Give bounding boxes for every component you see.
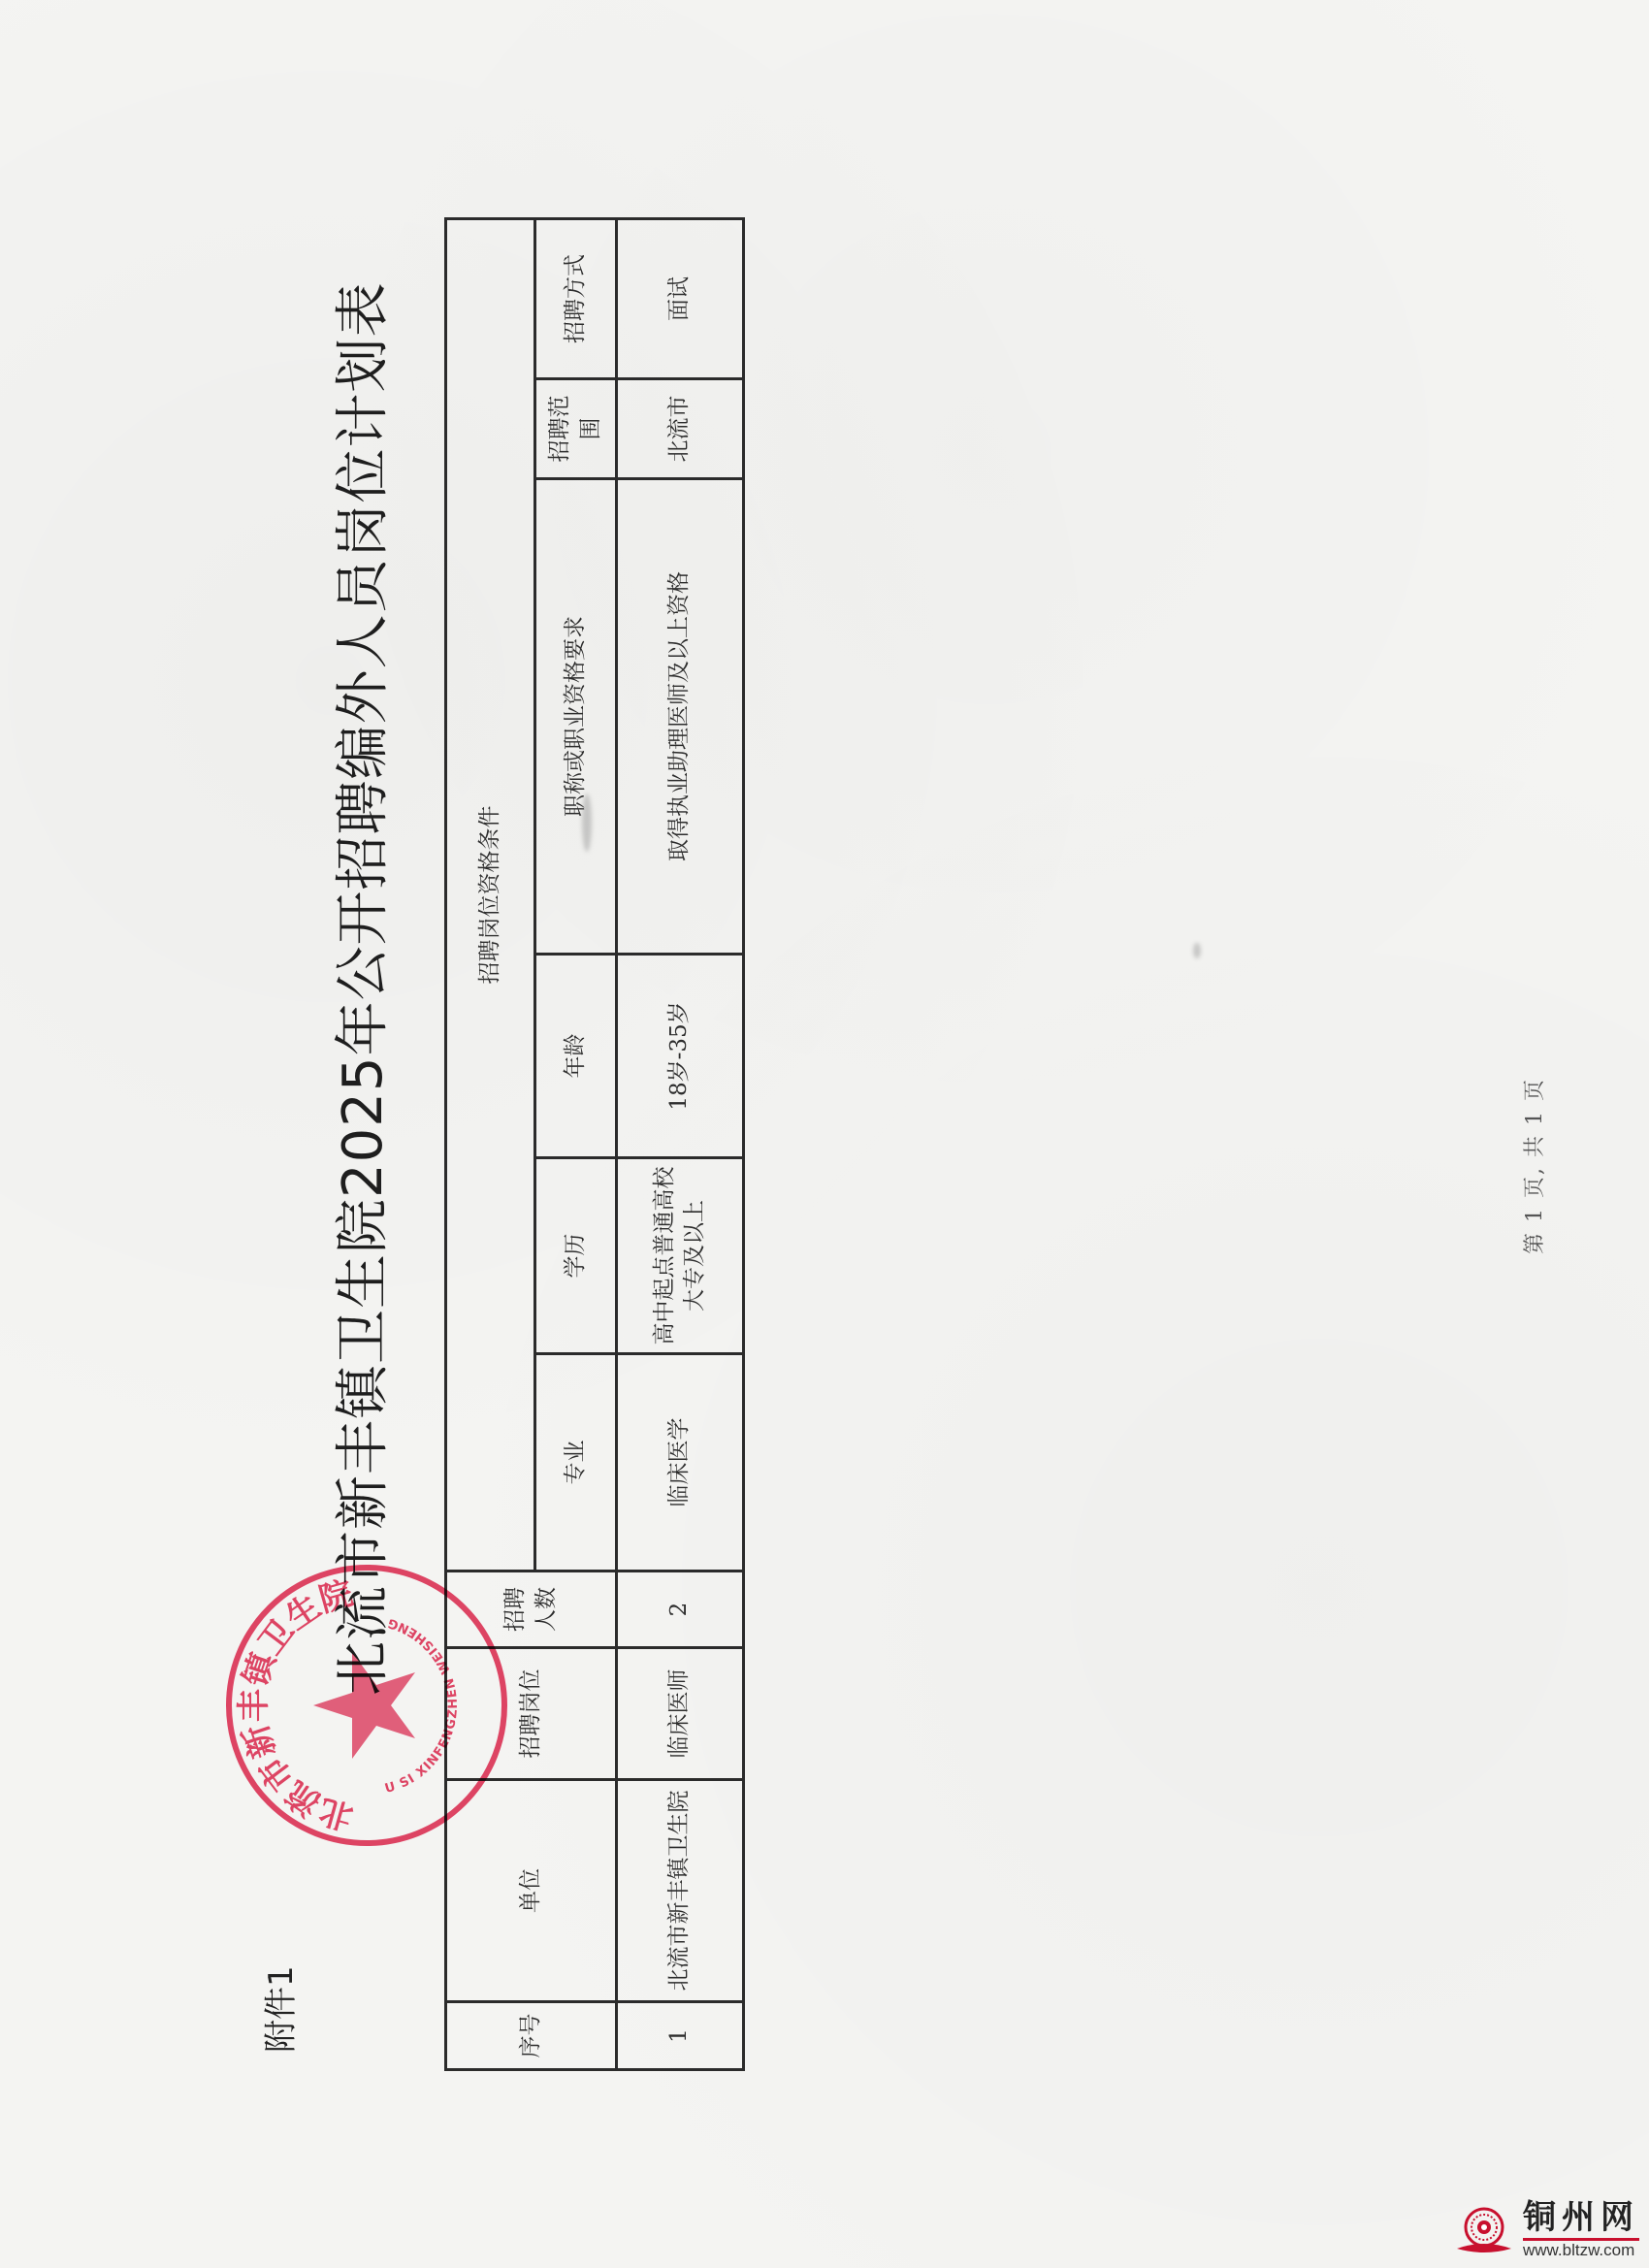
header-row-1: 序号 单位 招聘岗位 招聘人数 招聘岗位资格条件 — [446, 219, 535, 2070]
page-number: 第 1 页, 共 1 页 — [1518, 1078, 1548, 1254]
header-scope: 招聘范围 — [535, 379, 617, 479]
header-position: 招聘岗位 — [446, 1648, 617, 1780]
header-seq: 序号 — [446, 2002, 617, 2070]
scan-smudge — [582, 794, 592, 852]
header-age: 年龄 — [535, 955, 617, 1158]
header-unit: 单位 — [446, 1780, 617, 2002]
attachment-label: 附件1 — [254, 1965, 302, 2053]
page-title: 北流市新丰镇卫生院2025年公开招聘编外人员岗位计划表 — [320, 281, 398, 1696]
header-title-requirement: 职称或职业资格要求 — [535, 479, 617, 955]
header-qualification-group: 招聘岗位资格条件 — [446, 219, 535, 1571]
scan-smudge — [1193, 943, 1201, 958]
cell-position: 临床医师 — [617, 1648, 744, 1780]
watermark-url: www.bltzw.com — [1523, 2241, 1634, 2260]
header-method: 招聘方式 — [535, 219, 617, 379]
header-count: 招聘人数 — [446, 1571, 617, 1648]
recruitment-plan-table: 序号 单位 招聘岗位 招聘人数 招聘岗位资格条件 专业 学历 年龄 职称或职业资… — [444, 217, 745, 2071]
cell-seq: 1 — [617, 2002, 744, 2070]
cell-education: 高中起点普通高校大专及以上 — [617, 1158, 744, 1354]
bronze-drum-logo-icon — [1455, 2206, 1513, 2256]
cell-method: 面试 — [617, 219, 744, 379]
cell-unit: 北流市新丰镇卫生院 — [617, 1780, 744, 2002]
cell-age: 18岁-35岁 — [617, 955, 744, 1158]
table-row: 1 北流市新丰镇卫生院 临床医师 2 临床医学 高中起点普通高校大专及以上 18… — [617, 219, 744, 2070]
cell-scope: 北流市 — [617, 379, 744, 479]
cell-major: 临床医学 — [617, 1354, 744, 1571]
cell-title-requirement: 取得执业助理医师及以上资格 — [617, 479, 744, 955]
site-watermark: 铜州网 www.bltzw.com — [1455, 2201, 1639, 2260]
rotated-page: 附件1 北流市新丰镇卫生院2025年公开招聘编外人员岗位计划表 序号 — [0, 0, 1649, 2268]
cell-count: 2 — [617, 1571, 744, 1648]
header-major: 专业 — [535, 1354, 617, 1571]
recruitment-plan-table-wrap: 序号 单位 招聘岗位 招聘人数 招聘岗位资格条件 专业 学历 年龄 职称或职业资… — [444, 217, 745, 2071]
header-education: 学历 — [535, 1158, 617, 1354]
watermark-name: 铜州网 — [1523, 2201, 1639, 2241]
